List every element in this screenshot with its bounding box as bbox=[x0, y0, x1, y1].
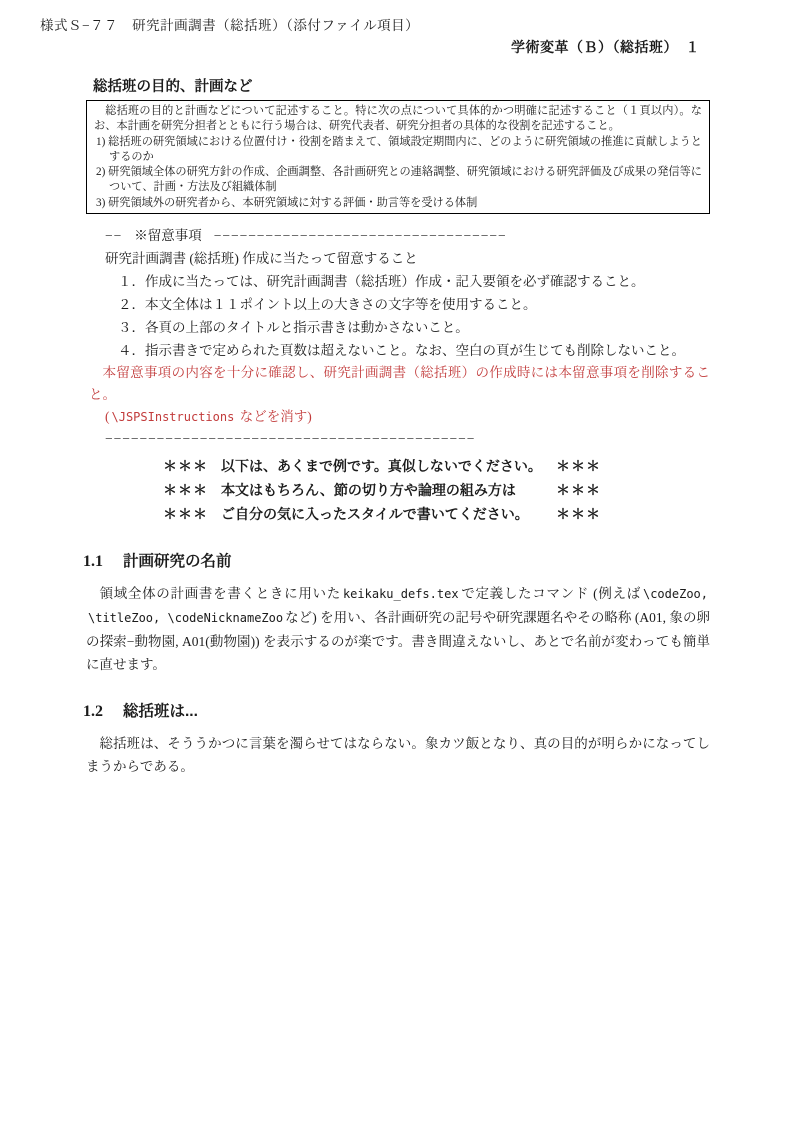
dash-line-right: −−−−−−−−−−−−−−−−−−−−−−−−−−−−−−−−−− bbox=[214, 228, 507, 243]
section-title: 総括班は... bbox=[123, 703, 198, 720]
code-run: keikaku_defs.tex bbox=[343, 587, 459, 601]
notes-label: ※留意事項 bbox=[134, 228, 202, 243]
notes-dash-header: −−※留意事項−−−−−−−−−−−−−−−−−−−−−−−−−−−−−−−−−… bbox=[105, 224, 710, 247]
text-run: で定義したコマンド (例えば bbox=[461, 586, 641, 601]
example-notice-line-1: 以下は、あくまで例です。真似しないでください。 bbox=[221, 454, 543, 478]
stars-right: ＊＊＊ bbox=[556, 502, 601, 526]
section-number: 1.2 bbox=[83, 703, 103, 720]
code-run: \codeZoo, bbox=[643, 587, 708, 601]
dash-line-left: −− bbox=[105, 228, 122, 243]
document-body: 総括班の目的、計画など 総括班の目的と計画などについて記述すること。特に次の点に… bbox=[86, 78, 710, 778]
notes-item-4: ４．指示書きで定められた頁数は超えないこと。なお、空白の頁が生じても削除しないこ… bbox=[118, 339, 710, 362]
notes-items: １．作成に当たっては、研究計画調書（総括班）作成・記入要領を必ず確認すること。 … bbox=[118, 270, 710, 362]
warning-code-command: \JSPSInstructions bbox=[112, 410, 235, 424]
section-1-2-paragraph: 総括班は、そううかつに言葉を濁らせてはならない。象カツ飯となり、真の目的が明らか… bbox=[86, 732, 710, 778]
page-header-right: 学術変革（Ｂ）（総括班） １ bbox=[511, 37, 700, 57]
instruction-intro: 総括班の目的と計画などについて記述すること。特に次の点について具体的かつ明確に記… bbox=[94, 104, 702, 135]
warning-code-post: などを消す) bbox=[236, 409, 311, 424]
section-title: 計画研究の名前 bbox=[123, 553, 232, 570]
notes-title: 研究計画調書 (総括班) 作成に当たって留意すること bbox=[105, 247, 710, 270]
instruction-item-3: 3) 研究領域外の研究者から、本研究領域に対する評価・助言等を受ける体制 bbox=[96, 196, 702, 211]
stars-right: ＊＊＊ bbox=[556, 454, 601, 478]
example-notice-line-3: ご自分の気に入ったスタイルで書いてください。 bbox=[221, 502, 543, 526]
dashed-separator: −−−−−−−−−−−−−−−−−−−−−−−−−−−−−−−−−−−−−−−−… bbox=[105, 428, 710, 450]
stars-left: ＊＊＊ bbox=[163, 454, 208, 478]
text-run: 領域全体の計画書を書くときに用いた bbox=[100, 586, 341, 601]
warning-code-line: (\JSPSInstructions などを消す) bbox=[105, 406, 710, 428]
warning-text: 本留意事項の内容を十分に確認し、研究計画調書（総括班）の作成時には本留意事項を削… bbox=[89, 362, 710, 406]
example-notice-line-2: 本文はもちろん、節の切り方や論理の組み方は bbox=[221, 478, 543, 502]
section-number: 1.1 bbox=[83, 553, 103, 570]
stars-right: ＊＊＊ bbox=[556, 478, 601, 502]
form-number-header: 様式Ｓ−７７ 研究計画調書（総括班）（添付ファイル項目） bbox=[40, 14, 419, 34]
section-1-1-paragraph: 領域全体の計画書を書くときに用いたkeikaku_defs.texで定義したコマ… bbox=[86, 582, 710, 676]
notes-item-1: １．作成に当たっては、研究計画調書（総括班）作成・記入要領を必ず確認すること。 bbox=[118, 270, 710, 293]
stars-left: ＊＊＊ bbox=[163, 502, 208, 526]
purpose-heading: 総括班の目的、計画など bbox=[93, 78, 710, 97]
code-run: \titleZoo, \codeNicknameZoo bbox=[88, 611, 283, 625]
instruction-box: 総括班の目的と計画などについて記述すること。特に次の点について具体的かつ明確に記… bbox=[86, 100, 710, 214]
instruction-item-2: 2) 研究領域全体の研究方針の作成、企画調整、各計画研究との連絡調整、研究領域に… bbox=[96, 165, 702, 196]
notes-item-2: ２．本文全体は１１ポイント以上の大きさの文字等を使用すること。 bbox=[118, 293, 710, 316]
example-notice: ＊＊＊ 以下は、あくまで例です。真似しないでください。 ＊＊＊ ＊＊＊ 本文はも… bbox=[163, 454, 710, 526]
notes-block: −−※留意事項−−−−−−−−−−−−−−−−−−−−−−−−−−−−−−−−−… bbox=[105, 224, 710, 362]
stars-left: ＊＊＊ bbox=[163, 478, 208, 502]
section-heading-1-2: 1.2総括班は... bbox=[86, 702, 710, 722]
section-heading-1-1: 1.1計画研究の名前 bbox=[86, 552, 710, 572]
warning-code-pre: ( bbox=[105, 409, 110, 424]
notes-item-3: ３．各頁の上部のタイトルと指示書きは動かさないこと。 bbox=[118, 316, 710, 339]
instruction-item-1: 1) 総括班の研究領域における位置付け・役割を踏まえて、領域設定期間内に、どのよ… bbox=[96, 135, 702, 166]
